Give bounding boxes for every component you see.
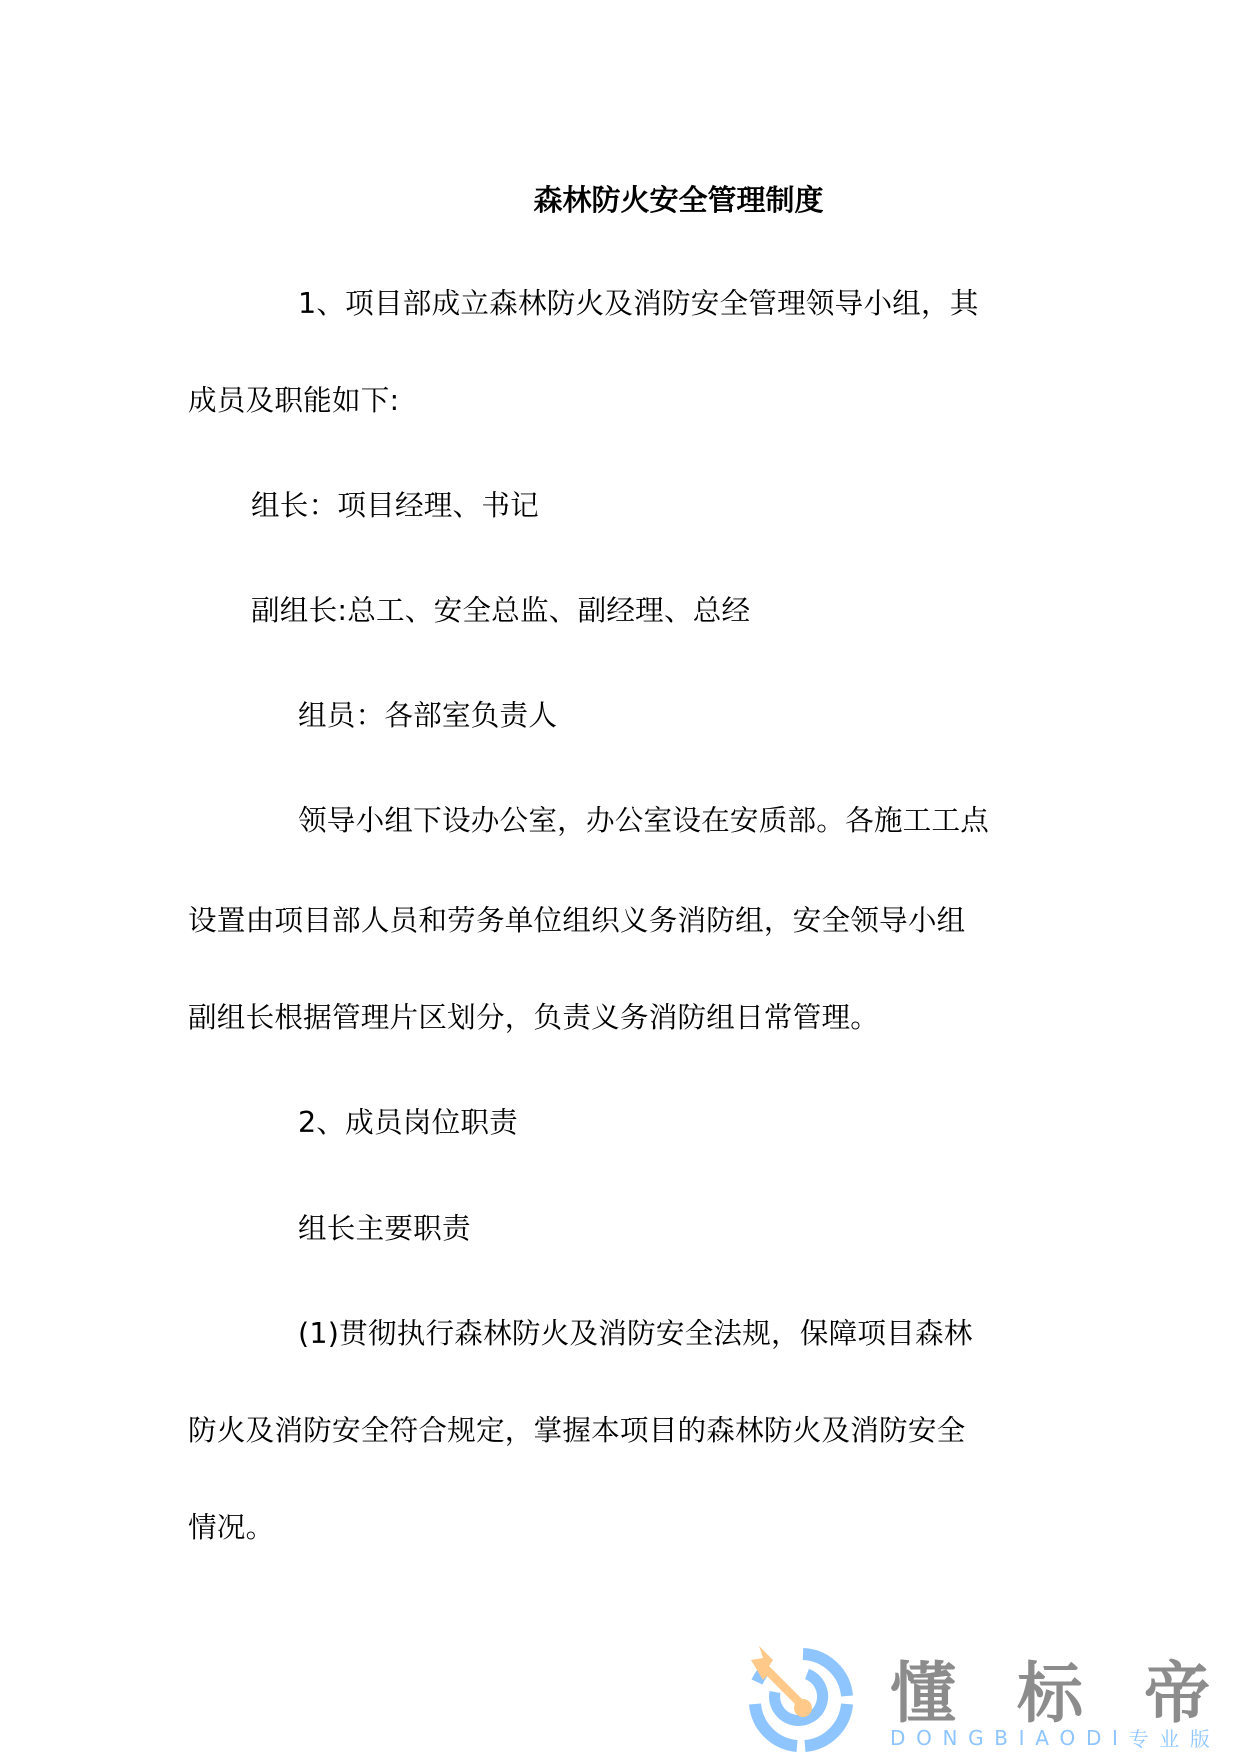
watermark-subtitle: D O N G B I A O D I 专 业 版 bbox=[890, 1723, 1210, 1752]
paragraph-line: 组长：项目经理、书记 bbox=[251, 487, 539, 523]
sub-letter: N bbox=[942, 1726, 957, 1750]
brand-char: 标 bbox=[1017, 1640, 1083, 1735]
sub-letter: 版 bbox=[1190, 1723, 1210, 1752]
sub-letter: 业 bbox=[1159, 1723, 1179, 1752]
sub-letter: I bbox=[1019, 1726, 1025, 1750]
sub-letter: D bbox=[890, 1726, 905, 1750]
paragraph-line: 副组长根据管理片区划分，负责义务消防组日常管理。 bbox=[188, 999, 879, 1035]
sub-letter: O bbox=[916, 1726, 932, 1750]
sub-letter: D bbox=[1086, 1726, 1101, 1750]
paragraph-line: 副组长:总工、安全总监、副经理、总经 bbox=[251, 592, 750, 628]
section-heading: 2、成员岗位职责 bbox=[298, 1104, 518, 1140]
paragraph-line: 成员及职能如下: bbox=[188, 382, 399, 418]
watermark-logo: 懂 标 帝 D O N G B I A O D I 专 业 版 bbox=[745, 1630, 1225, 1754]
sub-letter: B bbox=[994, 1726, 1008, 1750]
paragraph-line: 设置由项目部人员和劳务单位组织义务消防组，安全领导小组 bbox=[188, 902, 965, 938]
subsection-heading: 组长主要职责 bbox=[298, 1210, 471, 1246]
brand-char: 懂 bbox=[890, 1640, 956, 1735]
paragraph-line: (1)贯彻执行森林防火及消防安全法规，保障项目森林 bbox=[298, 1315, 973, 1351]
document-page: 森林防火安全管理制度 1、项目部成立森林防火及消防安全管理领导小组，其 成员及职… bbox=[0, 0, 1241, 1754]
sub-letter: I bbox=[1112, 1726, 1118, 1750]
paragraph-line: 防火及消防安全符合规定，掌握本项目的森林防火及消防安全 bbox=[188, 1412, 965, 1448]
paragraph-line: 情况。 bbox=[188, 1509, 274, 1545]
sub-letter: O bbox=[1060, 1726, 1076, 1750]
paragraph-line: 领导小组下设办公室，办公室设在安质部。各施工工点 bbox=[298, 802, 989, 838]
document-title: 森林防火安全管理制度 bbox=[0, 178, 1241, 219]
paragraph-line: 1、项目部成立森林防火及消防安全管理领导小组，其 bbox=[298, 285, 979, 321]
paragraph-line: 组员：各部室负责人 bbox=[298, 697, 557, 733]
sub-letter: A bbox=[1035, 1726, 1049, 1750]
target-arrow-icon bbox=[745, 1638, 857, 1754]
watermark-brand-text: 懂 标 帝 bbox=[890, 1652, 1210, 1722]
sub-letter: G bbox=[968, 1726, 984, 1750]
brand-char: 帝 bbox=[1144, 1640, 1210, 1735]
sub-letter: 专 bbox=[1129, 1723, 1149, 1752]
